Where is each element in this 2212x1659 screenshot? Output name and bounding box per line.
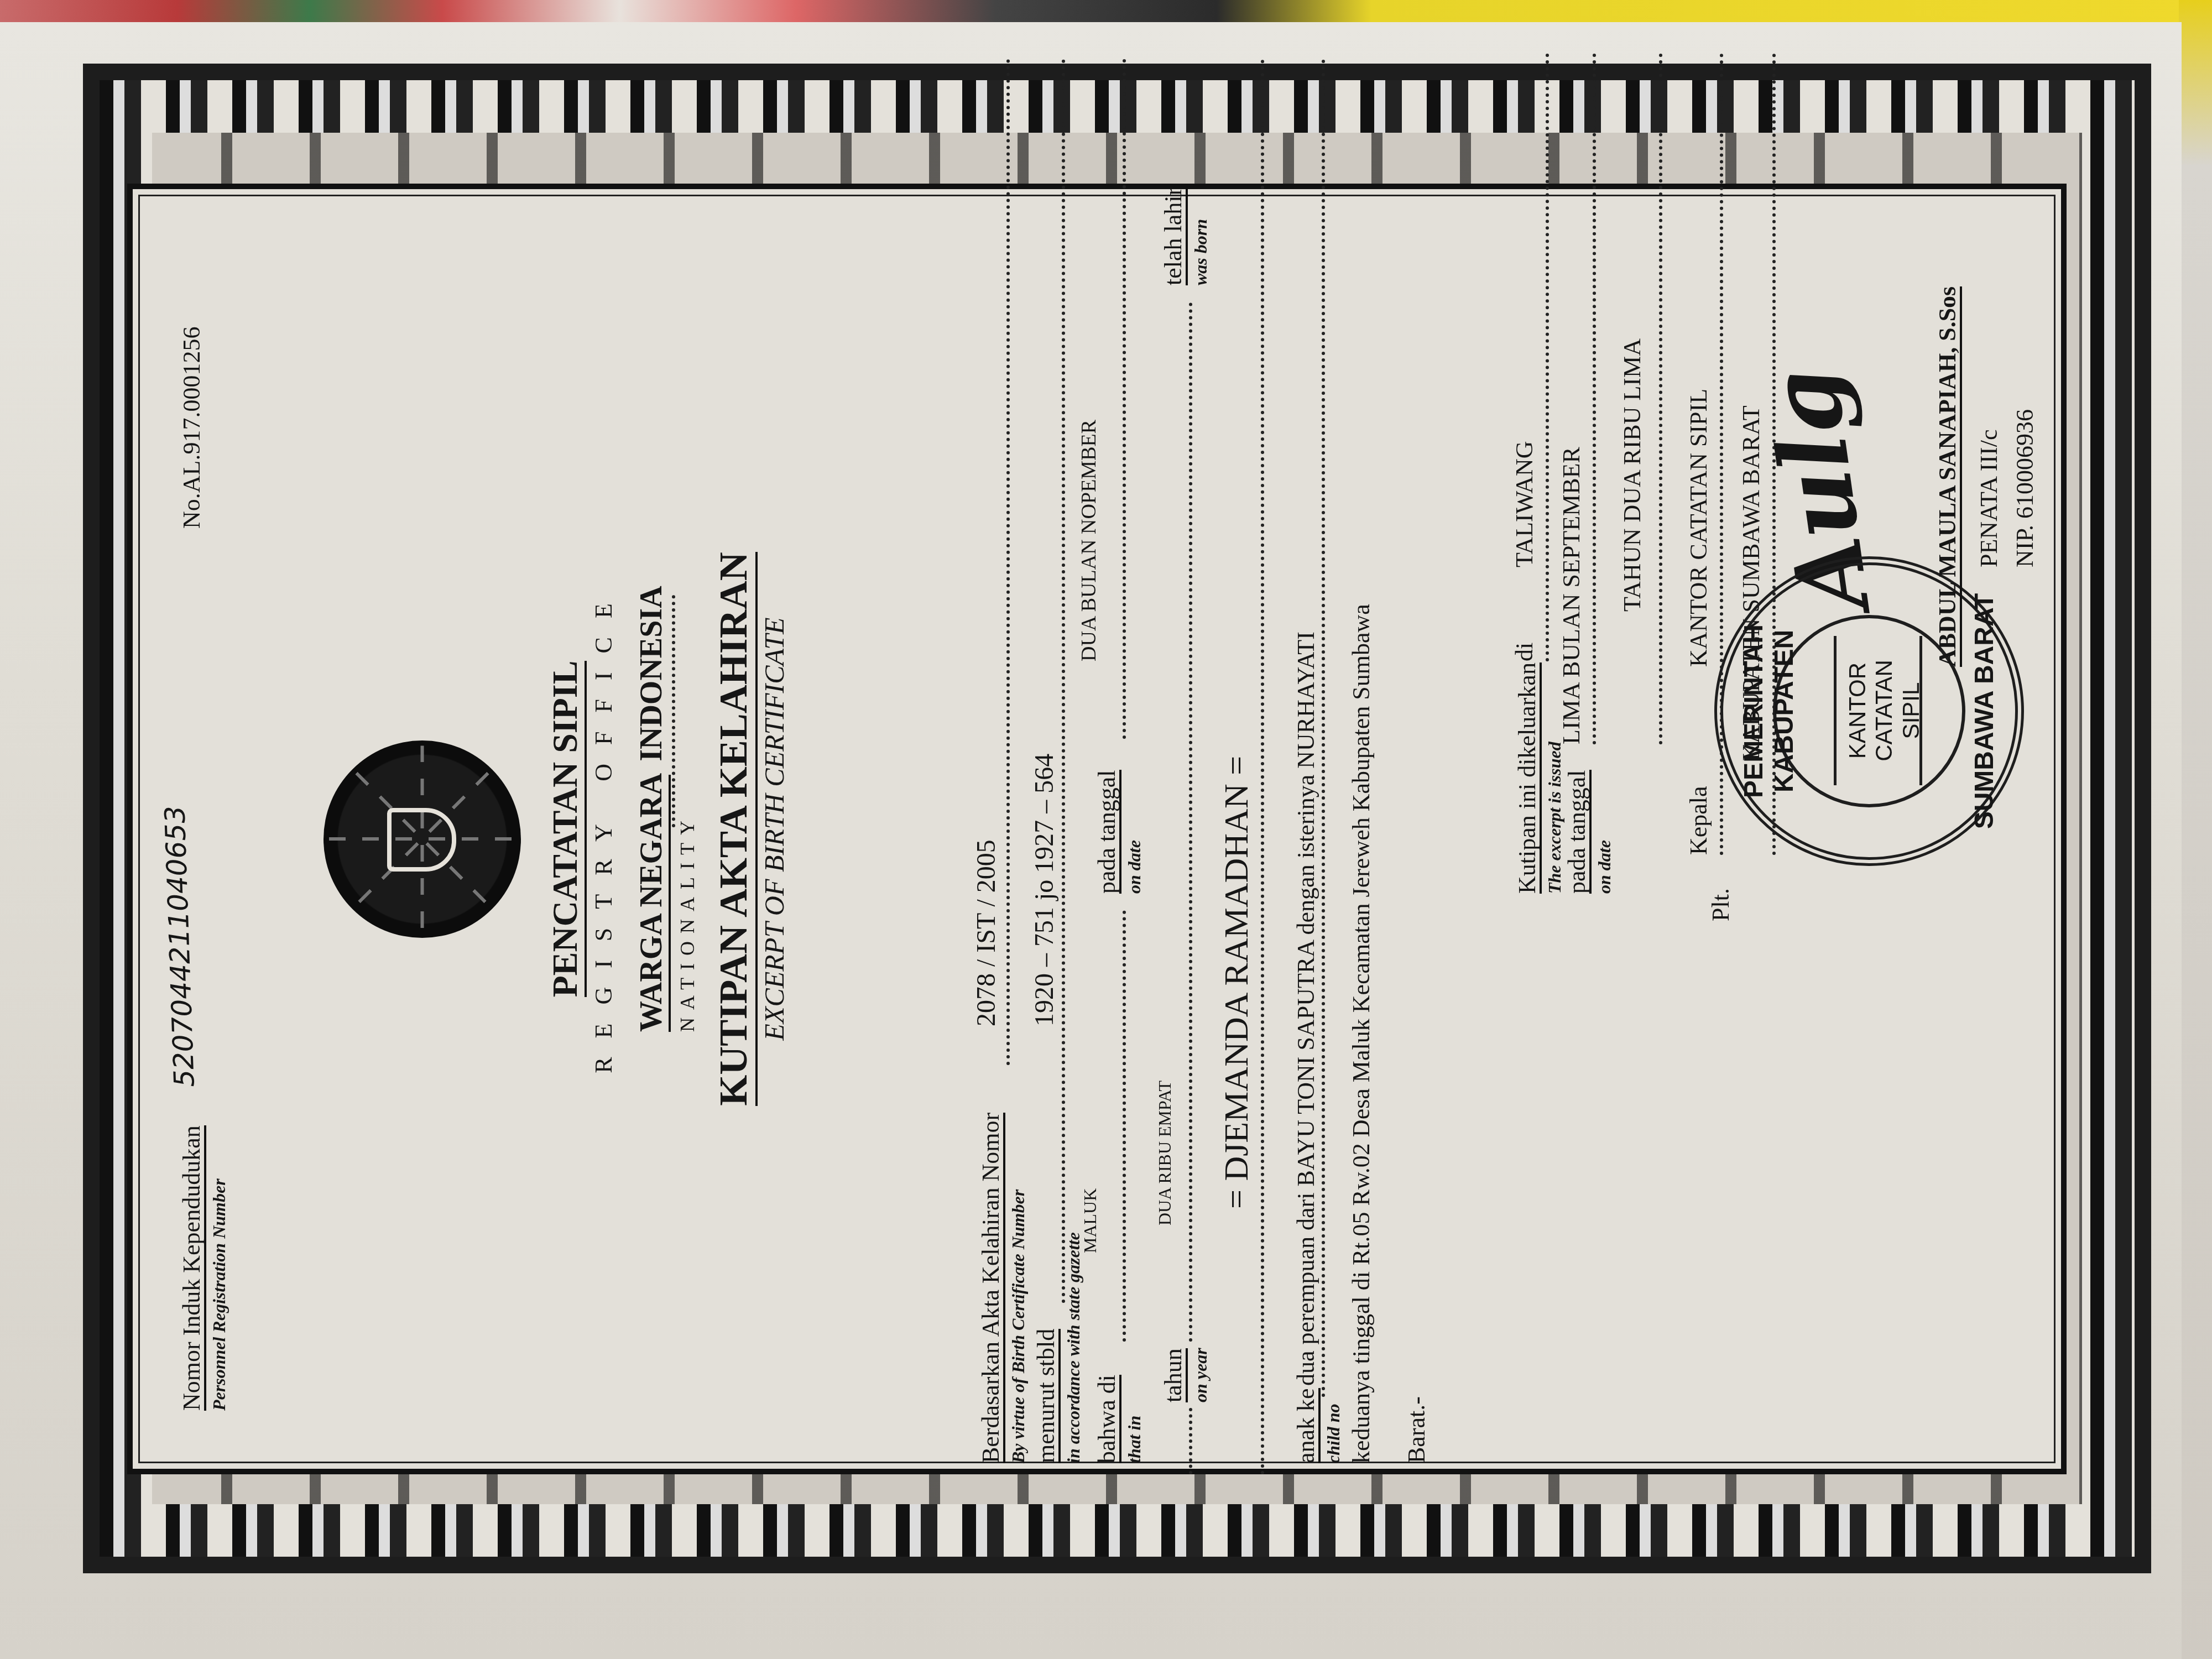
nationality-label: WARGA NEGARA INDONESIA [636, 586, 667, 1032]
stamp-center-line2: CATATAN SIPIL [1871, 636, 1924, 785]
nik-label: Nomor Induk Kependudukan [180, 1125, 206, 1411]
child-no-value: dua perempuan dari BAYU TONI SAPUTRA den… [1294, 632, 1318, 1386]
official-name: ABDUL MAULA SANAPIAH, S.Sos [1936, 286, 1962, 667]
born-label-en: was born [1192, 219, 1209, 285]
issued-at-label: di [1512, 643, 1537, 661]
residence-continuation: Barat.- [1405, 1396, 1429, 1463]
place-label-en: that in [1125, 1416, 1143, 1463]
nationality-value: INDONESIA [634, 586, 669, 761]
stamp-center: KANTOR CATATAN SIPIL [1834, 636, 1922, 785]
place-label: bahwa di [1095, 1375, 1121, 1463]
issued-date-line2: TAHUN DUA RIBU LIMA [1620, 338, 1645, 612]
nationality-label-text: WARGA NEGARA [634, 775, 671, 1032]
office-title: PENCATATAN SIPIL [545, 661, 587, 998]
year-label-en: on year [1192, 1348, 1209, 1402]
year-label: tahun [1161, 1348, 1188, 1402]
official-stamp: PEMERINTAH KABUPATEN KANTOR CATATAN SIPI… [1714, 556, 2024, 866]
cert-number-value: 2078 / IST / 2005 [973, 839, 1000, 1026]
born-label: telah lahir [1161, 187, 1188, 285]
certificate-title: KUTIPAN AKTA KELAHIRAN [711, 552, 758, 1105]
gazette-label: menurut stbld [1034, 1329, 1061, 1463]
issued-label: Kutipan ini dikeluarkan [1515, 662, 1542, 894]
date-label: pada tanggal [1095, 770, 1121, 894]
place-value: MALUK [1081, 1188, 1099, 1253]
date-label-en: on date [1125, 840, 1143, 894]
child-no-label: anak ke [1294, 1388, 1321, 1463]
official-nip: NIP. 610006936 [2013, 409, 2037, 567]
issued-date-label-en: on date [1595, 840, 1613, 894]
office-line1: KANTOR CATATAN SIPIL [1687, 389, 1711, 667]
residence-line: keduanya tinggal di Rt.05 Rw.02 Desa Mal… [1349, 604, 1374, 1463]
issued-date-label: pada tanggal [1565, 770, 1592, 894]
child-no-label-en: child no [1324, 1404, 1342, 1463]
cert-number-label-en: By virtue of Birth Certificate Number [1009, 1190, 1027, 1463]
certificate-title-en: EXCERPT OF BIRTH CERTIFICATE [760, 184, 788, 1474]
date-value: DUA BULAN NOPEMBER [1078, 420, 1099, 661]
background-yellow-edge [2179, 0, 2212, 1659]
child-name: = DJEMANDA RAMADHAN = [1219, 756, 1254, 1209]
title-block: KUTIPAN AKTA KELAHIRAN [713, 184, 753, 1474]
plt-label: Plt. [1709, 888, 1733, 921]
issued-label-en: The excerpt is issued [1546, 742, 1563, 894]
garuda-emblem-icon [324, 740, 521, 938]
cert-number-label: Berdasarkan Akta Kelahiran Nomor [979, 1113, 1005, 1463]
stamp-ring-top: PEMERINTAH KABUPATEN [1739, 565, 1799, 857]
header-office-block: PENCATATAN SIPIL [547, 184, 583, 1474]
issued-date-line1: LIMA BULAN SEPTEMBER [1559, 447, 1584, 744]
year-value: DUA RIBU EMPAT [1156, 1081, 1173, 1225]
nik-label-en: Personnel Registration Number [210, 1178, 228, 1411]
stamp-center-line1: KANTOR [1844, 636, 1871, 785]
head-label: Kepala [1687, 786, 1711, 855]
nationality-label-en: NATIONALITY [677, 813, 697, 1032]
certificate-number: No.AL.917.0001256 [180, 327, 204, 529]
birth-certificate: Nomor Induk Kependudukan Personnel Regis… [127, 184, 2067, 1474]
office-title-en: REGISTRY OFFICE [592, 184, 616, 1474]
gazette-label-en: in accordance with state gazette [1065, 1232, 1082, 1463]
gazette-value: 1920 – 751 jo 1927 – 564 [1031, 754, 1058, 1026]
nik-value: 5207044211040653 [161, 805, 199, 1087]
stamp-ring-bottom: SUMBAWA BARAT [1969, 565, 2000, 857]
issued-place: TALIWANG [1512, 441, 1537, 567]
official-rank: PENATA III/c [1977, 430, 2001, 567]
